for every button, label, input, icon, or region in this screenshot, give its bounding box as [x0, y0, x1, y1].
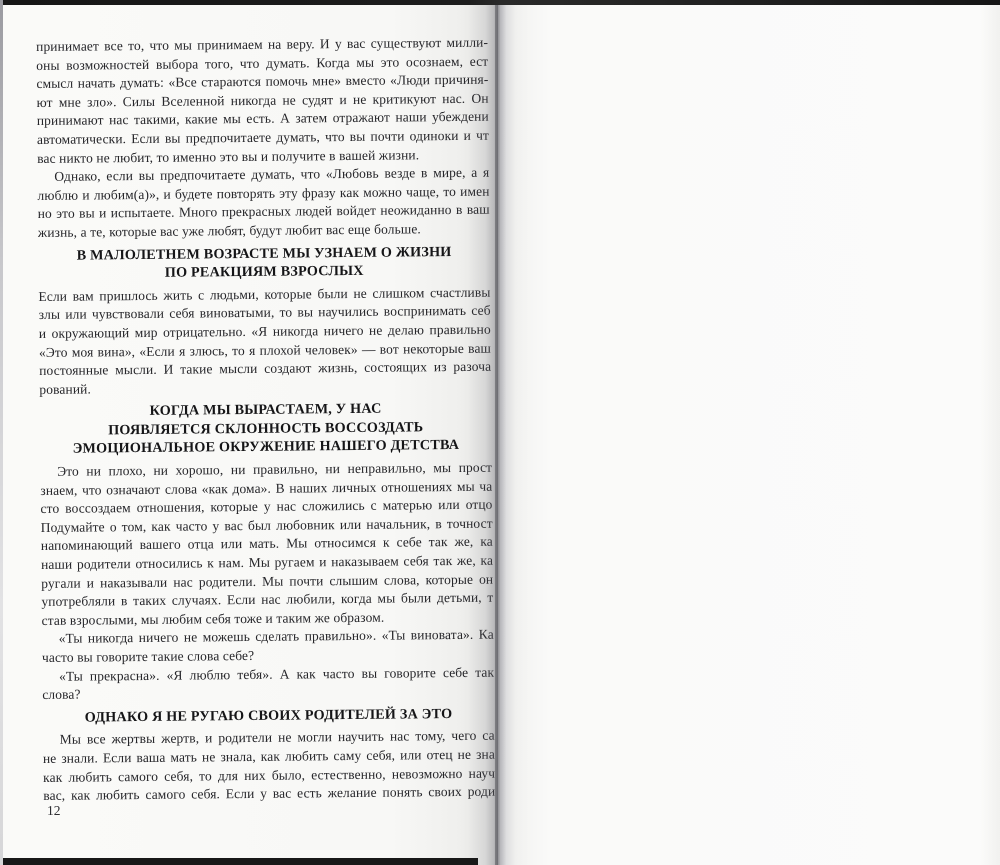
scan-edge-bottom: [0, 858, 478, 865]
body-paragraph: Это ни плохо, ни хорошо, ни правильно, н…: [40, 459, 494, 631]
body-paragraph: Если вам пришлось жить с людьми, которые…: [38, 283, 491, 399]
left-page: принимает все то, что мы принимаем на ве…: [0, 0, 500, 865]
section-heading: В МАЛОЛЕТНЕМ ВОЗРАСТЕ МЫ УЗНАЕМ О ЖИЗНИП…: [38, 242, 490, 284]
heading-line: ОДНАКО Я НЕ РУГАЮ СВОИХ РОДИТЕЛЕЙ ЗА ЭТО: [42, 704, 494, 727]
body-paragraph: «Ты прекрасна». «Я люблю тебя». А как ча…: [42, 663, 494, 705]
body-paragraph: «Ты никогда ничего не можешь сделать пра…: [42, 626, 494, 668]
body-paragraph: Мы все жертвы жертв, и родители не могли…: [43, 727, 496, 806]
heading-line: ЭМОЦИОНАЛЬНОЕ ОКРУЖЕНИЕ НАШЕГО ДЕТСТВА: [40, 436, 492, 459]
scan-edge-top: [0, 0, 1000, 5]
scan-edge-left: [0, 0, 3, 865]
left-page-text: принимает все то, что мы принимаем на ве…: [36, 34, 495, 806]
page-number-left: 12: [47, 803, 61, 819]
body-paragraph: принимает все то, что мы принимаем на ве…: [36, 34, 489, 168]
text-line: жизнь, а те, которые вас уже любят, буду…: [38, 220, 490, 243]
section-heading: КОГДА МЫ ВЫРАСТАЕМ, У НАСПОЯВЛЯЕТСЯ СКЛО…: [40, 399, 493, 459]
body-paragraph: Однако, если вы предпочитаете думать, чт…: [37, 164, 490, 243]
right-page: лей лучше, спросите их об их детстве, и …: [500, 0, 1000, 865]
section-heading: ОДНАКО Я НЕ РУГАЮ СВОИХ РОДИТЕЛЕЙ ЗА ЭТО: [42, 704, 494, 727]
text-line: вас, как любить самого себя. Если у вас …: [43, 783, 495, 806]
book-spread-scan: принимает все то, что мы принимаем на ве…: [0, 0, 1000, 865]
